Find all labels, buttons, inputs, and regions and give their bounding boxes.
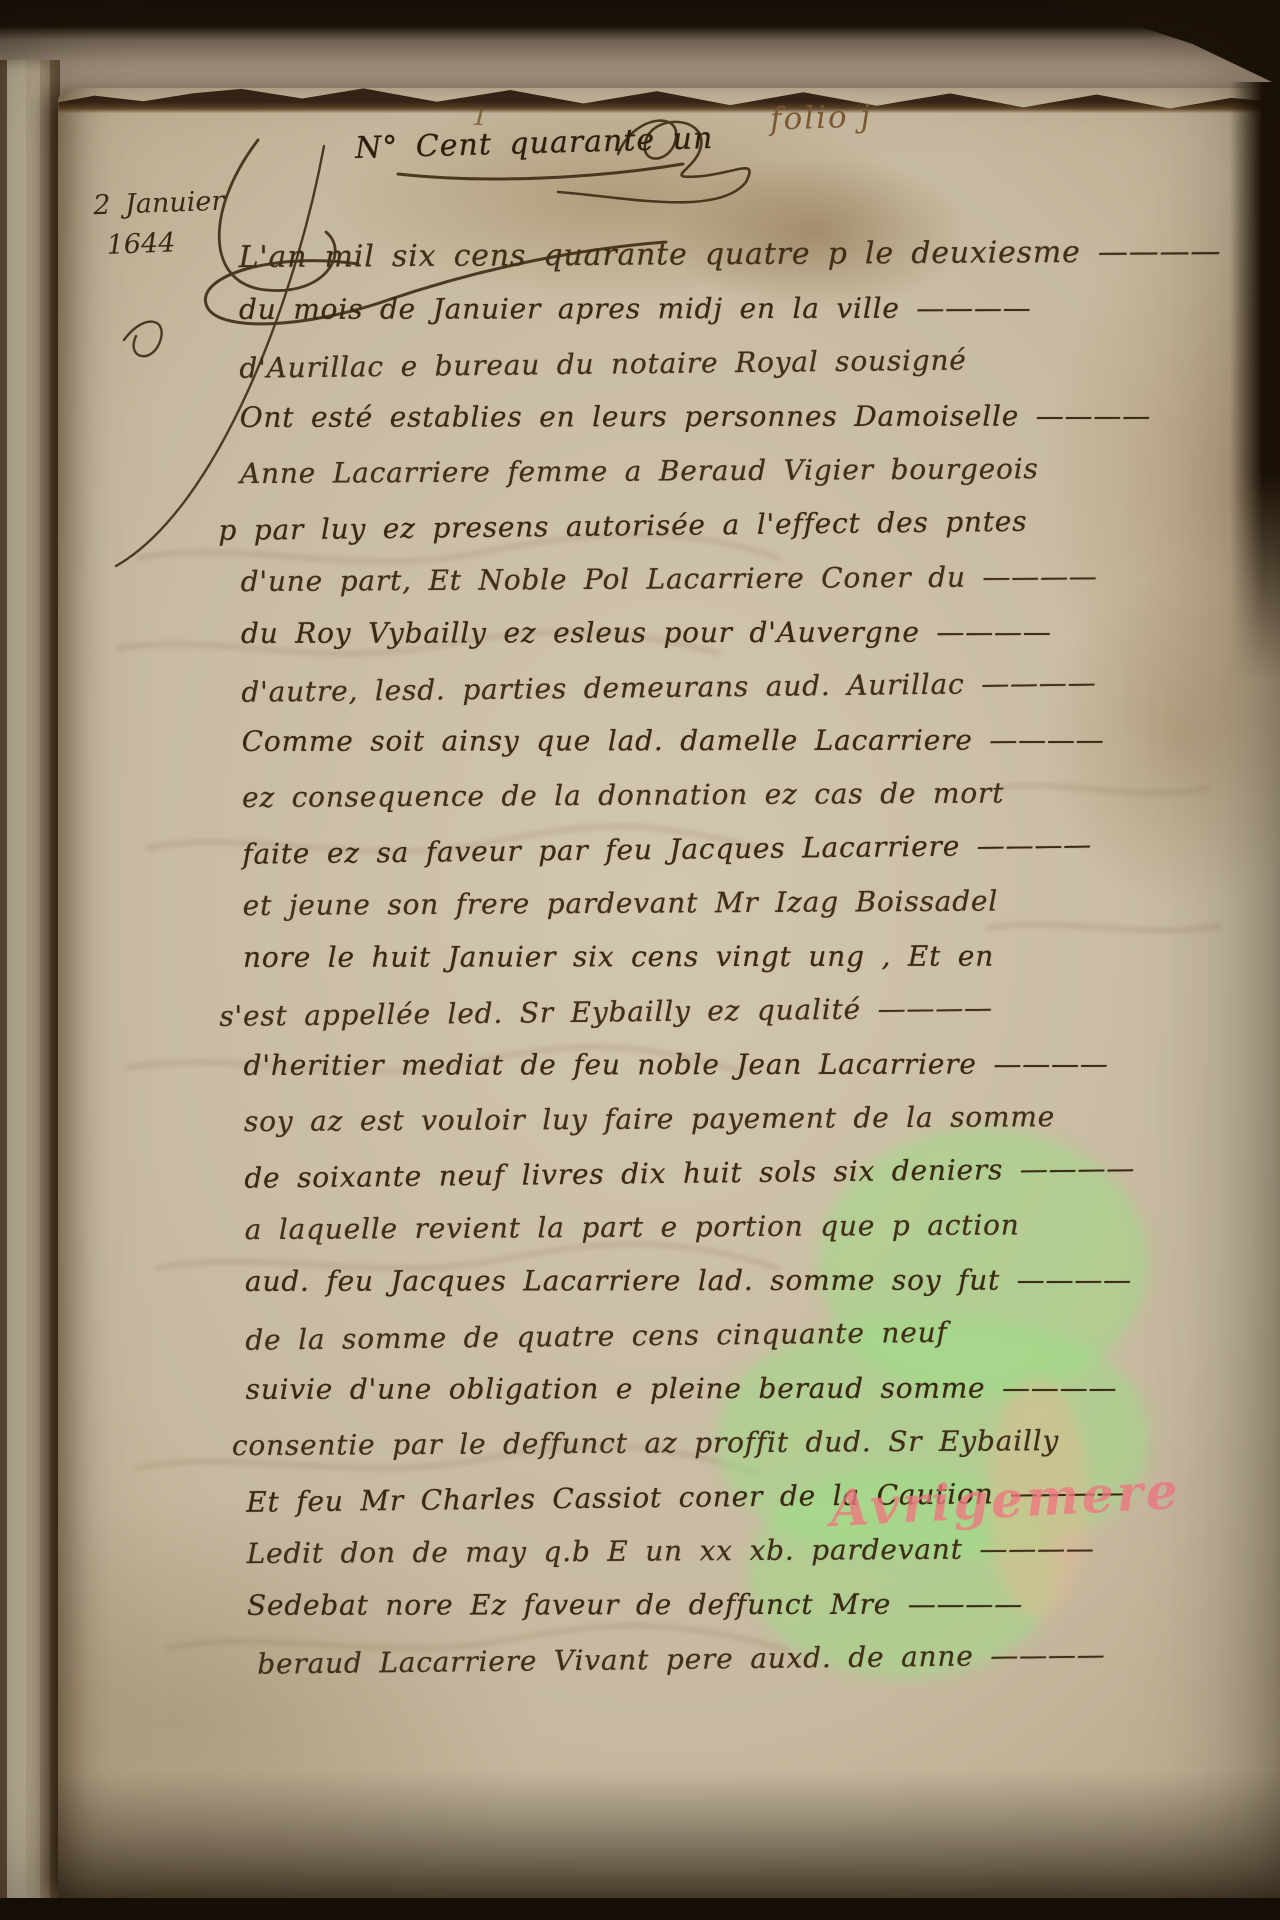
manuscript-line: p par luy ez presens autorisée a l'effec…	[218, 492, 1251, 558]
manuscript-line: faite ez sa faveur par feu Jacques Lacar…	[242, 816, 1253, 881]
book-page-stack	[0, 60, 60, 1920]
manuscript-line: Ont esté establies en leurs personnes Da…	[240, 389, 1250, 445]
manuscript-line: Ledit don de may q.b E un xx xb. pardeva…	[246, 1521, 1256, 1581]
manuscript-line: d'Aurillac e bureau du notaire Royal sou…	[239, 330, 1250, 395]
manuscript-line: du Roy Vybailly ez esleus pour d'Auvergn…	[241, 605, 1251, 661]
manuscript-line: aud. feu Jacques Lacarriere lad. somme s…	[245, 1253, 1255, 1309]
manuscript-line: nore le huit Januier six cens vingt ung …	[243, 929, 1253, 985]
margin-date-note: 2 Januier 1644	[93, 182, 227, 267]
manuscript-line: soy az est vouloir luy faire payement de…	[244, 1089, 1254, 1149]
manuscript-line: et jeune son frere pardevant Mr Izag Boi…	[243, 873, 1253, 933]
manuscript-line: s'est appellée led. Sr Eybailly ez quali…	[219, 978, 1254, 1044]
bottom-dark-edge	[0, 1898, 1280, 1920]
folio-label: folio j	[769, 98, 872, 138]
manuscript-line: ez consequence de la donnation ez cas de…	[242, 765, 1252, 825]
manuscript-line: d'heritier mediat de feu noble Jean Laca…	[244, 1037, 1254, 1093]
manuscript-line: Anne Lacarriere femme a Beraud Vigier bo…	[240, 441, 1250, 501]
manuscript-line: Sedebat nore Ez faveur de deffunct Mre —…	[247, 1577, 1257, 1633]
manuscript-line: beraud Lacarriere Vivant pere auxd. de a…	[257, 1626, 1258, 1691]
manuscript-line: du mois de Januier apres midj en la vill…	[239, 281, 1249, 337]
manuscript-line: a laquelle revient la part e portion que…	[244, 1197, 1254, 1257]
manuscript-photo: Avrigemere 1 N° Cent quarante un folio j…	[0, 0, 1280, 1920]
manuscript-line: d'autre, lesd. parties demeurans aud. Au…	[241, 654, 1252, 719]
margin-date-year: 1644	[106, 222, 226, 266]
manuscript-line: L'an mil six cens quarante quatre p le d…	[239, 225, 1249, 285]
manuscript-line: de soixante neuf livres dix huit sols si…	[244, 1140, 1255, 1205]
manuscript-line: Comme soit ainsy que lad. damelle Lacarr…	[242, 713, 1252, 769]
manuscript-line: de la somme de quatre cens cinquante neu…	[245, 1302, 1256, 1367]
manuscript-page: Avrigemere 1 N° Cent quarante un folio j…	[58, 88, 1280, 1900]
manuscript-line: suivie d'une obligation e pleine beraud …	[246, 1361, 1256, 1417]
manuscript-line: d'une part, Et Noble Pol Lacarriere Cone…	[241, 549, 1251, 609]
margin-date-day-month: 2 Januier	[93, 182, 225, 227]
